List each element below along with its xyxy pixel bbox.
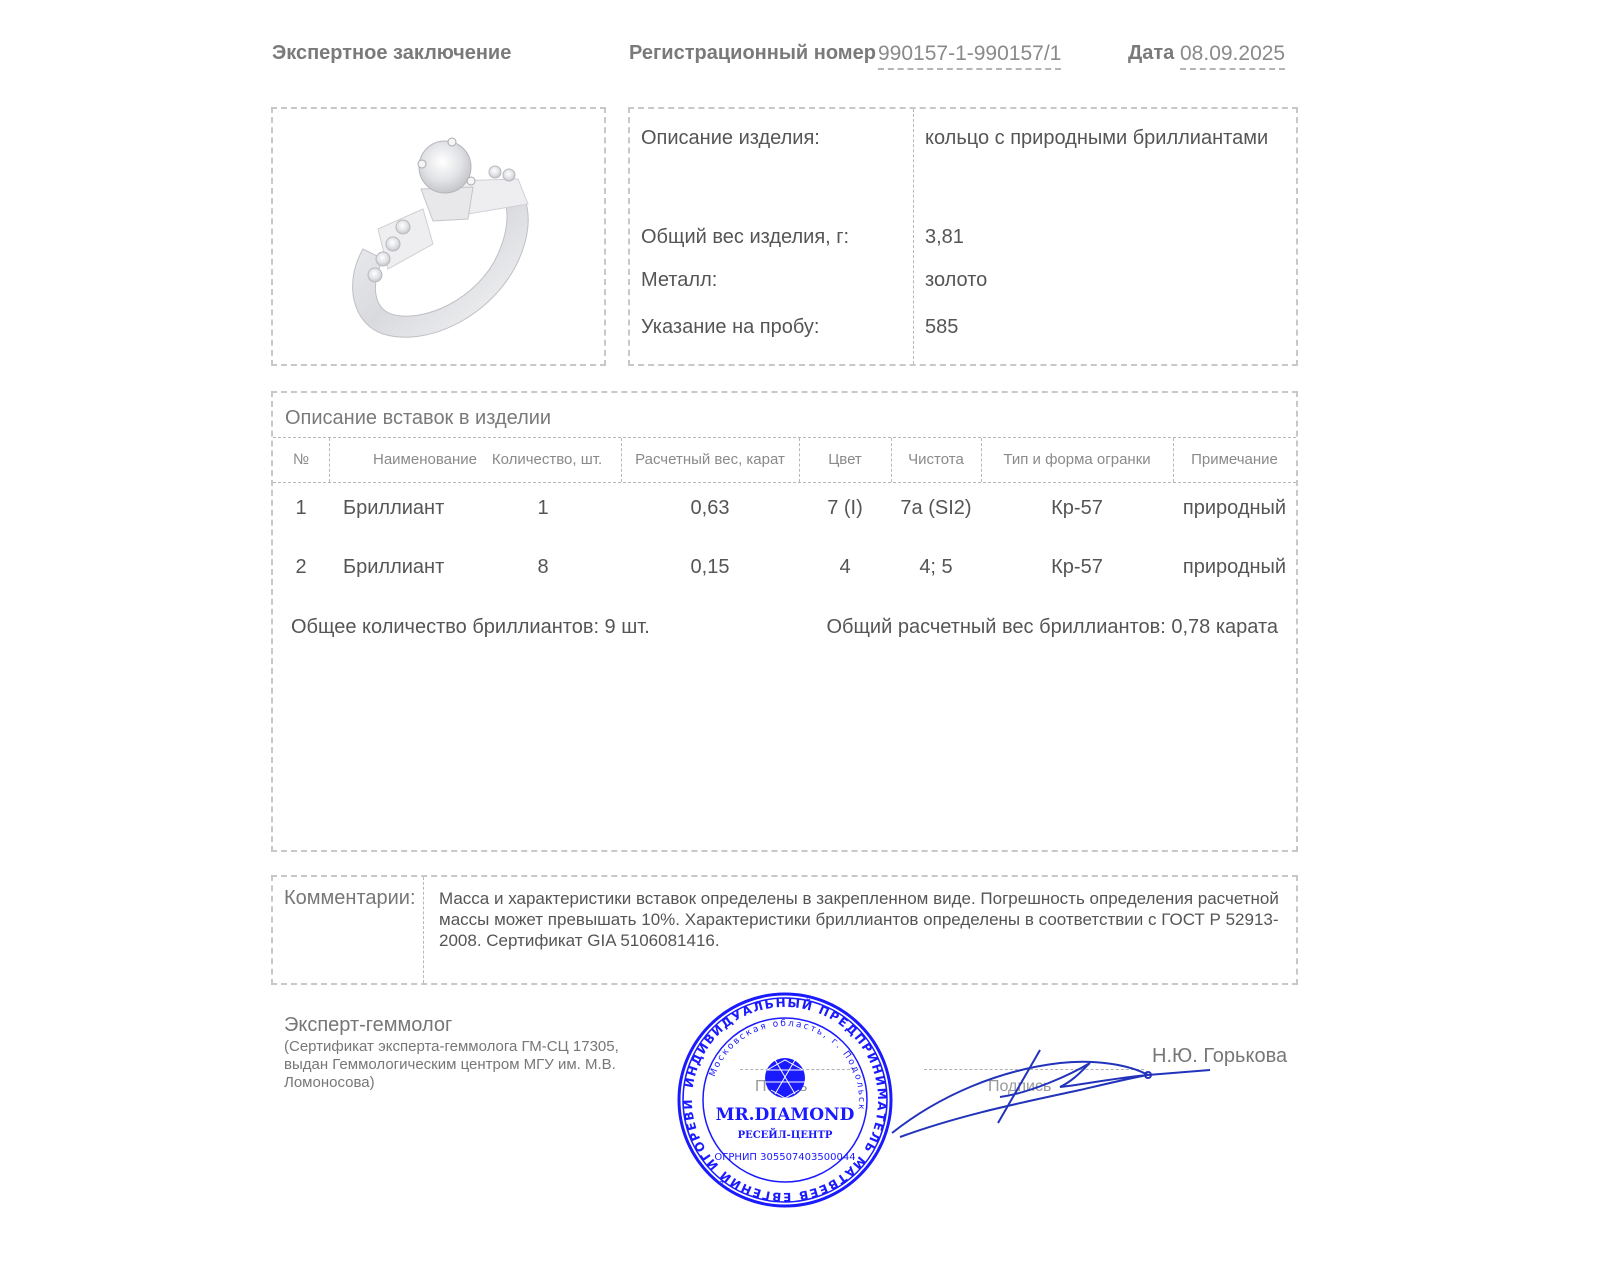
expert-note: (Сертификат эксперта-геммолога ГМ-СЦ 173… (284, 1038, 644, 1092)
reg-number-label: Регистрационный номер (629, 42, 876, 65)
cell-note: природный (1173, 556, 1296, 579)
cell-weight: 0,63 (621, 497, 799, 520)
col-color: Цвет (799, 438, 891, 482)
cell-name: Бриллиант (343, 497, 444, 520)
reg-number-value: 990157-1-990157/1 (878, 42, 1061, 70)
col-quantity: Количество, шт. (473, 438, 621, 482)
col-weight: Расчетный вес, карат (621, 438, 799, 482)
date-label: Дата (1128, 42, 1174, 65)
expert-title: Эксперт-геммолог (284, 1014, 452, 1037)
cell-number: 1 (273, 497, 329, 520)
photo-box (271, 107, 606, 366)
hallmark-value: 585 (925, 316, 958, 339)
stamp-icon: ИНДИВИДУАЛЬНЫЙ ПРЕДПРИНИМАТЕЛЬ МАТВЕЕВ Е… (675, 990, 895, 1210)
total-weight-value: 3,81 (925, 226, 964, 249)
cell-color: 4 (799, 556, 891, 579)
inserts-table-header: № Наименование Количество, шт. Расчетный… (273, 437, 1296, 483)
stamp-ogrn: ОГРНИП 305507403500044 (714, 1152, 855, 1163)
item-description-box: Описание изделия: кольцо с природными бр… (628, 107, 1298, 366)
total-weight-label: Общий вес изделия, г: (641, 226, 849, 249)
cell-cut: Кр-57 (981, 497, 1173, 520)
document-title: Экспертное заключение (272, 42, 511, 65)
total-count: Общее количество бриллиантов: 9 шт. (291, 616, 650, 639)
cell-note: природный (1173, 497, 1296, 520)
cell-weight: 0,15 (621, 556, 799, 579)
item-description-value: кольцо с природными бриллиантами (925, 127, 1268, 150)
total-weight: Общий расчетный вес бриллиантов: 0,78 ка… (826, 616, 1278, 639)
col-clarity: Чистота (891, 438, 981, 482)
inserts-title: Описание вставок в изделии (285, 407, 551, 430)
ring-image (273, 109, 604, 364)
metal-value: золото (925, 269, 987, 292)
cell-cut: Кр-57 (981, 556, 1173, 579)
table-row: 1 Бриллиант 1 0,63 7 (I) 7а (SI2) Кр-57 … (273, 497, 1296, 527)
hallmark-label: Указание на пробу: (641, 316, 819, 339)
diamond-logo-icon (765, 1058, 805, 1098)
date-value: 08.09.2025 (1180, 42, 1285, 70)
item-description-label: Описание изделия: (641, 127, 820, 150)
col-note: Примечание (1173, 438, 1296, 482)
cell-quantity: 8 (473, 556, 613, 579)
col-number: № (273, 438, 329, 482)
column-divider (913, 109, 914, 364)
cell-number: 2 (273, 556, 329, 579)
inserts-box: Описание вставок в изделии № Наименовани… (271, 391, 1298, 852)
signature-icon (880, 1045, 1220, 1145)
metal-label: Металл: (641, 269, 717, 292)
comments-text: Масса и характеристики вставок определен… (439, 888, 1294, 951)
cell-clarity: 7а (SI2) (891, 497, 981, 520)
cell-clarity: 4; 5 (891, 556, 981, 579)
cell-quantity: 1 (473, 497, 613, 520)
comments-label: Комментарии: (284, 887, 416, 910)
col-cut: Тип и форма огранки (981, 438, 1173, 482)
comments-box: Комментарии: Масса и характеристики вста… (271, 875, 1298, 985)
cell-color: 7 (I) (799, 497, 891, 520)
stamp-subtitle: РЕСЕЙЛ-ЦЕНТР (738, 1128, 833, 1141)
stamp-brand: MR.DIAMOND (716, 1105, 855, 1125)
table-row: 2 Бриллиант 8 0,15 4 4; 5 Кр-57 природны… (273, 556, 1296, 586)
column-divider (423, 877, 424, 983)
cell-name: Бриллиант (343, 556, 444, 579)
